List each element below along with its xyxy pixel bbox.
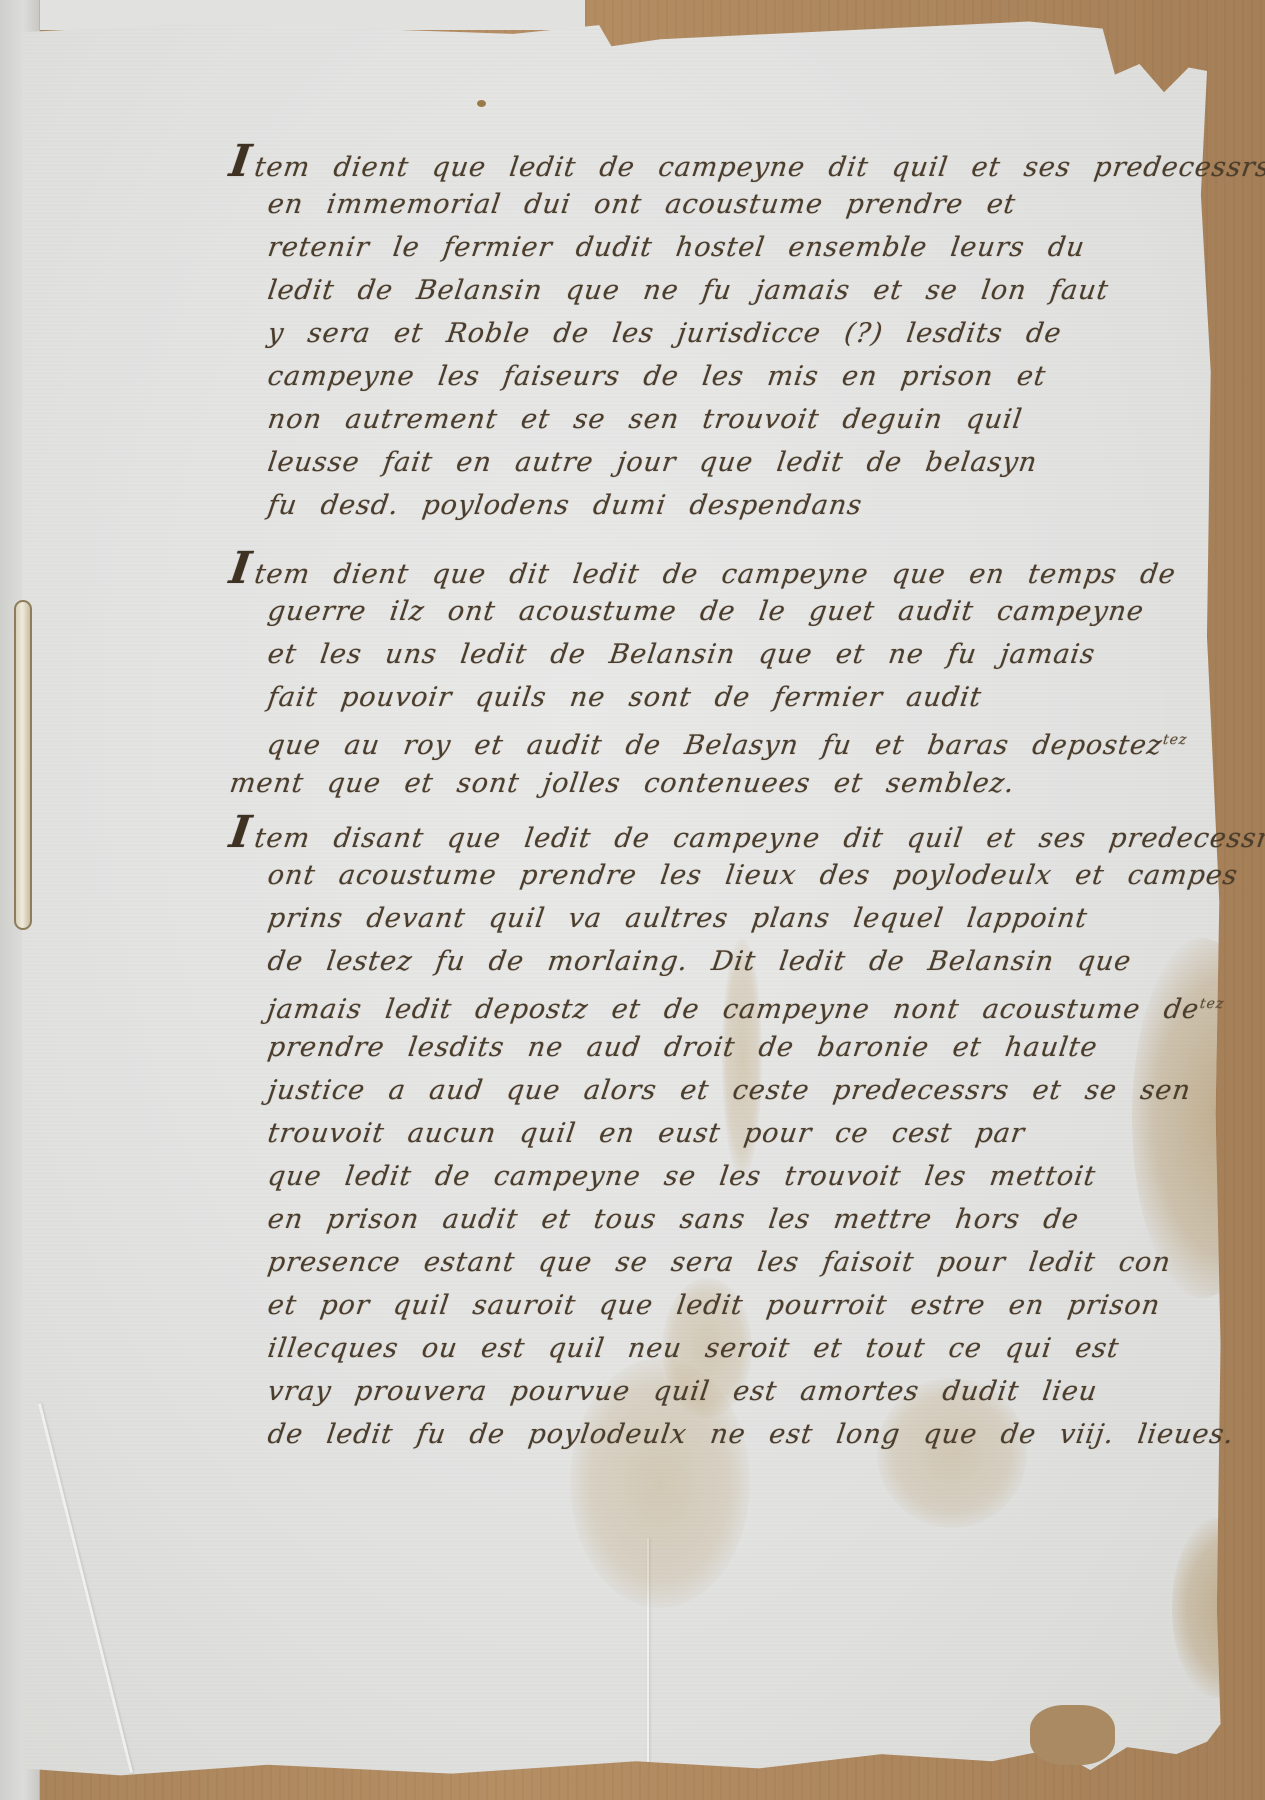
text-line: Item disant que ledit de campeyne dit qu… [227, 811, 1223, 854]
text-line: de ledit fu de poylodeulx ne est long qu… [265, 1413, 1223, 1456]
superscript-abbreviation: tez [1162, 732, 1189, 748]
text-line: ment que et sont jolles contenuees et se… [227, 762, 1223, 805]
text-line: retenir le fermier dudit hostel ensemble… [265, 226, 1223, 269]
text-line: prendre lesdits ne aud droit de baronie … [265, 1026, 1223, 1069]
text-line: y sera et Roble de les jurisdicce (?) le… [265, 312, 1223, 355]
text-line: trouvoit aucun quil en eust pour ce cest… [265, 1112, 1223, 1155]
text-line: jamais ledit depostz et de campeyne nont… [265, 983, 1223, 1026]
manuscript-text: Item dient que ledit de campeyne dit qui… [230, 140, 1220, 1456]
text-line: guerre ilz ont acoustume de le guet audi… [265, 590, 1223, 633]
text-line: non autrement et se sen trouvoit deguin … [265, 398, 1223, 441]
text-line: que ledit de campeyne se les trouvoit le… [265, 1155, 1223, 1198]
text-line: en immemorial dui ont acoustume prendre … [265, 183, 1223, 226]
text-line: ledit de Belansin que ne fu jamais et se… [265, 269, 1223, 312]
superscript-abbreviation: tez [1199, 996, 1226, 1012]
paragraph-1: Item dient que ledit de campeyne dit qui… [230, 140, 1220, 527]
text-line: Item dient que ledit de campeyne dit qui… [227, 140, 1223, 183]
text-line: et por quil sauroit que ledit pourroit e… [265, 1284, 1223, 1327]
text-line: illecques ou est quil neu seroit et tout… [265, 1327, 1223, 1370]
text-line: fu desd. poylodens dumi despendans [265, 484, 1223, 527]
text-line: leusse fait en autre jour que ledit de b… [265, 441, 1223, 484]
ink-blot [477, 100, 486, 107]
text-line: de lestez fu de morlaing. Dit ledit de B… [265, 940, 1223, 983]
text-line: Item dient que dit ledit de campeyne que… [227, 547, 1223, 590]
text-line: vray prouvera pourvue quil est amortes d… [265, 1370, 1223, 1413]
text-line: justice a aud que alors et ceste predece… [265, 1069, 1223, 1112]
binding-thread [14, 600, 32, 930]
paper-tear [1030, 1705, 1115, 1765]
text-line: ont acoustume prendre les lieux des poyl… [265, 854, 1223, 897]
paragraph-spacer [230, 527, 1220, 547]
drop-initial: I [227, 140, 255, 183]
text-line: que au roy et audit de Belasyn fu et bar… [265, 719, 1223, 762]
text-line: campeyne les faiseurs de les mis en pris… [265, 355, 1223, 398]
drop-initial: I [227, 811, 255, 854]
paragraph-3: Item disant que ledit de campeyne dit qu… [230, 811, 1220, 1456]
text-line: en prison audit et tous sans les mettre … [265, 1198, 1223, 1241]
paragraph-2: Item dient que dit ledit de campeyne que… [230, 547, 1220, 805]
facing-page-top-edge [0, 0, 585, 30]
text-line: presence estant que se sera les faisoit … [265, 1241, 1223, 1284]
text-line: fait pouvoir quils ne sont de fermier au… [265, 676, 1223, 719]
text-line: prins devant quil va aultres plans leque… [265, 897, 1223, 940]
drop-initial: I [227, 547, 255, 590]
text-line: et les uns ledit de Belansin que et ne f… [265, 633, 1223, 676]
